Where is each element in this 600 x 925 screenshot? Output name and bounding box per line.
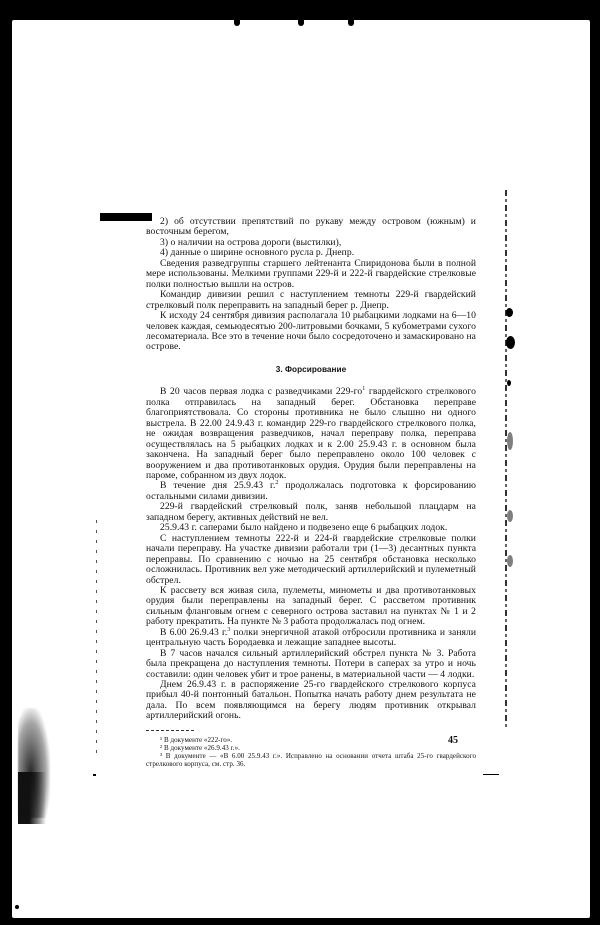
paragraph: В 6.00 26.9.43 г.3 полки энергичной атак… xyxy=(146,628,476,649)
footnote: ² В документе «26.9.43 г.». xyxy=(146,744,476,752)
ink-smudge xyxy=(507,432,513,450)
section-heading: 3. Форсирование xyxy=(146,365,476,375)
ink-blot xyxy=(507,380,511,386)
scan-notch xyxy=(348,20,354,26)
ink-blot xyxy=(506,308,513,317)
ink-blot xyxy=(506,336,515,349)
ink-smudge xyxy=(507,555,513,567)
paragraph: В 7 часов начался сильный артиллерийский… xyxy=(146,649,476,680)
paragraph: К рассвету вся живая сила, пулеметы, мин… xyxy=(146,586,476,628)
paragraph: Днем 26.9.43 г. в распоряжение 25-го гва… xyxy=(146,680,476,722)
speck xyxy=(93,774,96,776)
list-item: 2) об отсутствии препятствий по рукаву м… xyxy=(146,217,476,238)
document-body: 2) об отсутствии препятствий по рукаву м… xyxy=(146,217,476,768)
page-number: 45 xyxy=(448,735,458,746)
footnote-divider xyxy=(146,730,194,731)
paragraph: К исходу 24 сентября дивизия располагала… xyxy=(146,311,476,353)
scan-notch xyxy=(234,20,240,26)
paragraph: С наступлением темноты 222-й и 224-й гва… xyxy=(146,534,476,586)
ink-smudge xyxy=(507,510,513,522)
paragraph: В течение дня 25.9.43 г.2 продолжалась п… xyxy=(146,481,476,502)
scan-smudge xyxy=(18,772,46,824)
footnotes: ¹ В документе «222-го». ² В документе «2… xyxy=(146,736,476,768)
paragraph: 229-й гвардейский стрелковый полк, заняв… xyxy=(146,502,476,523)
footnote: ³ В документе — «В 6.00 25.9.43 г.». Исп… xyxy=(146,752,476,768)
paragraph: Командир дивизии решил с наступлением те… xyxy=(146,290,476,311)
speck xyxy=(15,905,19,909)
footnote: ¹ В документе «222-го». xyxy=(146,736,476,744)
scan-artifact-bar xyxy=(100,213,152,221)
speck xyxy=(483,774,499,775)
paragraph: Сведения разведгруппы старшего лейтенант… xyxy=(146,259,476,290)
scan-fold-line xyxy=(505,190,507,730)
scan-fold-line xyxy=(96,520,97,760)
paragraph: В 20 часов первая лодка с разведчиками 2… xyxy=(146,387,476,481)
scan-notch xyxy=(298,20,304,26)
